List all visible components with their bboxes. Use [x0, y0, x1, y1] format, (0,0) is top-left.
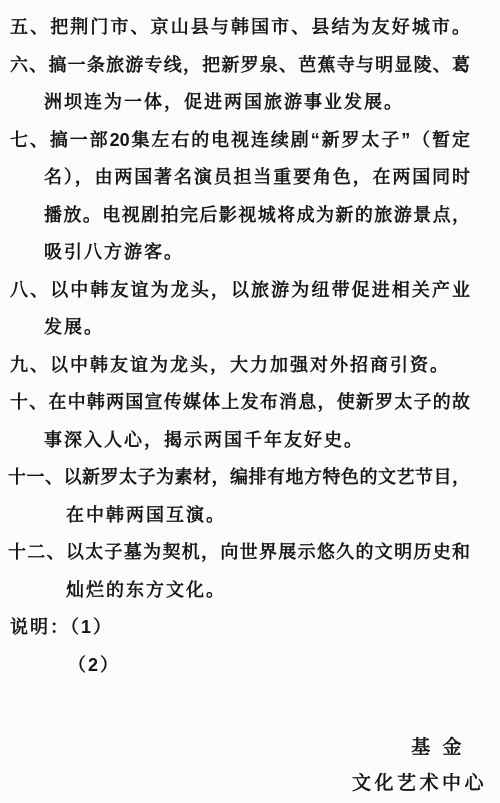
scanned-document-page: 五、把荆门市、京山县与韩国市、县结为友好城市。 六、搞一条旅游专线，把新罗泉、芭…	[0, 0, 500, 803]
item-12-text-line-2: 灿烂的东方文化。	[0, 572, 500, 610]
item-5-number: 五、	[10, 17, 50, 37]
item-10-text-line-2: 事深入人心，揭示两国千年友好史。	[0, 422, 500, 460]
item-8-text-line-2: 发展。	[0, 309, 500, 347]
item-12-text-line-1: 以太子墓为契机，向世界展示悠久的文明历史和	[66, 542, 470, 562]
list-item-8: 八、以中韩友谊为龙头，以旅游为纽带促进相关产业	[0, 272, 500, 310]
item-7-number: 七、	[10, 130, 50, 150]
list-item-11: 十一、以新罗太子为素材，编排有地方特色的文艺节目，	[0, 459, 500, 497]
item-10-number: 十、	[10, 392, 48, 412]
list-item-6: 六、搞一条旅游专线，把新罗泉、芭蕉寺与明显陵、葛	[0, 47, 500, 85]
list-item-10: 十、在中韩两国宣传媒体上发布消息，使新罗太子的故	[0, 384, 500, 422]
item-12-number: 十二、	[8, 542, 66, 562]
item-7-text-line-1: 搞一部20集左右的电视连续剧“新罗太子”（暂定	[50, 130, 470, 150]
item-7-text-line-2: 名），由两国著名演员担当重要角色，在两国同时	[0, 159, 500, 197]
item-11-number: 十一、	[8, 467, 64, 487]
notes-item-1: （1）	[70, 617, 113, 637]
signature-block: 基 金 文化艺术中心	[0, 730, 500, 802]
item-8-text-line-1: 以中韩友谊为龙头，以旅游为纽带促进相关产业	[50, 280, 470, 300]
list-item-7: 七、搞一部20集左右的电视连续剧“新罗太子”（暂定	[0, 122, 500, 160]
item-6-text-line-1: 搞一条旅游专线，把新罗泉、芭蕉寺与明显陵、葛	[48, 55, 470, 75]
item-6-text-line-2: 洲坝连为一体，促进两国旅游事业发展。	[0, 84, 500, 122]
item-9-text: 以中韩友谊为龙头，大力加强对外招商引资。	[50, 355, 450, 375]
list-item-9: 九、以中韩友谊为龙头，大力加强对外招商引资。	[0, 347, 500, 385]
item-7-text-line-3: 播放。电视剧拍完后影视城将成为新的旅游景点，	[0, 197, 500, 235]
signature-line-fund: 基 金	[0, 730, 500, 766]
item-10-text-line-1: 在中韩两国宣传媒体上发布消息，使新罗太子的故	[48, 392, 470, 412]
notes-line-1: 说明：（1）	[0, 609, 500, 647]
item-7-text-line-4: 吸引八方游客。	[0, 234, 500, 272]
list-item-5: 五、把荆门市、京山县与韩国市、县结为友好城市。	[0, 9, 500, 47]
notes-label: 说明：	[10, 617, 70, 637]
item-11-text-line-1: 以新罗太子为素材，编排有地方特色的文艺节目，	[64, 467, 471, 487]
list-item-12: 十二、以太子墓为契机，向世界展示悠久的文明历史和	[0, 534, 500, 572]
item-6-number: 六、	[10, 55, 48, 75]
item-11-text-line-2: 在中韩两国互演。	[0, 497, 500, 535]
item-8-number: 八、	[10, 280, 50, 300]
item-5-text: 把荆门市、京山县与韩国市、县结为友好城市。	[50, 17, 470, 37]
item-9-number: 九、	[10, 355, 50, 375]
notes-item-2: （2）	[0, 647, 500, 685]
signature-line-center: 文化艺术中心	[0, 766, 500, 802]
